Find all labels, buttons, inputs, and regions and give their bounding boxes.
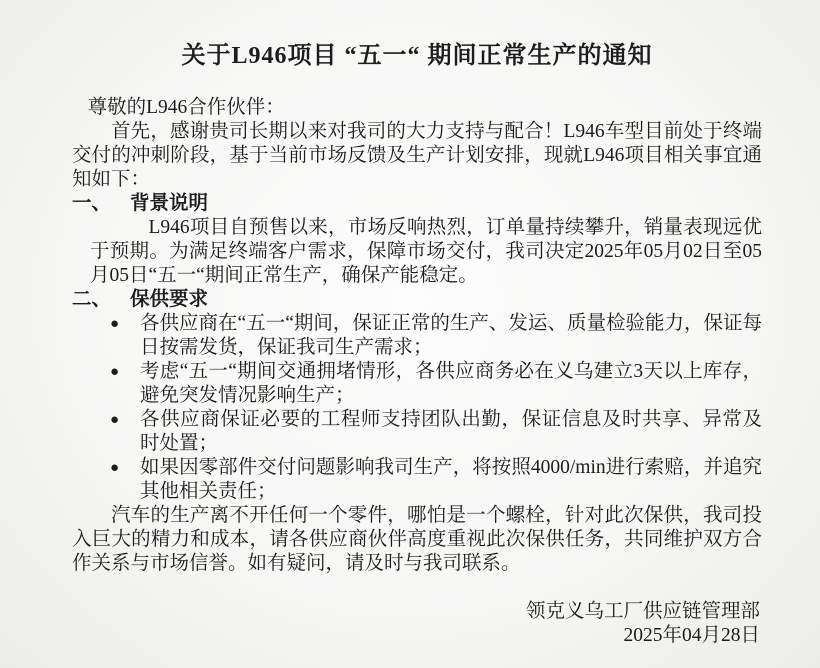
bullet-text: 各供应商保证必要的工程师支持团队出勤，保证信息及时共享、异常及时处置；: [140, 408, 762, 456]
list-item: ● 各供应商在“五一“期间，保证正常的生产、发运、质量检验能力，保证每日按需发货…: [72, 312, 762, 360]
bullet-icon: ●: [110, 456, 140, 504]
section1-number: 一、: [72, 192, 130, 216]
salutation-line: 尊敬的L946合作伙伴：: [72, 96, 762, 120]
section1-heading: 一、 背景说明: [72, 192, 762, 216]
document-title: 关于L946项目 “五一“ 期间正常生产的通知: [72, 40, 762, 72]
closing-paragraph: 汽车的生产离不开任何一个零件，哪怕是一个螺栓，针对此次保供，我司投入巨大的精力和…: [72, 504, 762, 576]
section1-label: 背景说明: [130, 192, 208, 216]
document-body: 尊敬的L946合作伙伴： 首先，感谢贵司长期以来对我司的大力支持与配合！L946…: [72, 96, 762, 648]
bullet-icon: ●: [110, 360, 140, 408]
bullet-text: 各供应商在“五一“期间，保证正常的生产、发运、质量检验能力，保证每日按需发货，保…: [140, 312, 762, 360]
list-item: ● 如果因零部件交付问题影响我司生产，将按照4000/min进行索赔，并追究其他…: [72, 456, 762, 504]
signature-department: 领克义乌工厂供应链管理部: [72, 600, 760, 624]
list-item: ● 各供应商保证必要的工程师支持团队出勤，保证信息及时共享、异常及时处置；: [72, 408, 762, 456]
notice-document: 关于L946项目 “五一“ 期间正常生产的通知 尊敬的L946合作伙伴： 首先，…: [0, 0, 820, 668]
list-item: ● 考虑“五一“期间交通拥堵情形，各供应商务必在义乌建立3天以上库存，避免突发情…: [72, 360, 762, 408]
bullet-icon: ●: [110, 312, 140, 360]
bullet-icon: ●: [110, 408, 140, 456]
requirements-list: ● 各供应商在“五一“期间，保证正常的生产、发运、质量检验能力，保证每日按需发货…: [72, 312, 762, 504]
section1-paragraph: L946项目自预售以来，市场反响热烈，订单量持续攀升，销量表现远优于预期。为满足…: [90, 216, 762, 288]
signature-date: 2025年04月28日: [72, 624, 760, 648]
intro-paragraph: 首先，感谢贵司长期以来对我司的大力支持与配合！L946车型目前处于终端交付的冲刺…: [72, 120, 762, 192]
section2-heading: 二、 保供要求: [72, 288, 762, 312]
bullet-text: 考虑“五一“期间交通拥堵情形，各供应商务必在义乌建立3天以上库存，避免突发情况影…: [140, 360, 762, 408]
signature-block: 领克义乌工厂供应链管理部 2025年04月28日: [72, 600, 762, 648]
bullet-text: 如果因零部件交付问题影响我司生产，将按照4000/min进行索赔，并追究其他相关…: [140, 456, 762, 504]
section2-number: 二、: [72, 288, 130, 312]
section2-label: 保供要求: [130, 288, 208, 312]
